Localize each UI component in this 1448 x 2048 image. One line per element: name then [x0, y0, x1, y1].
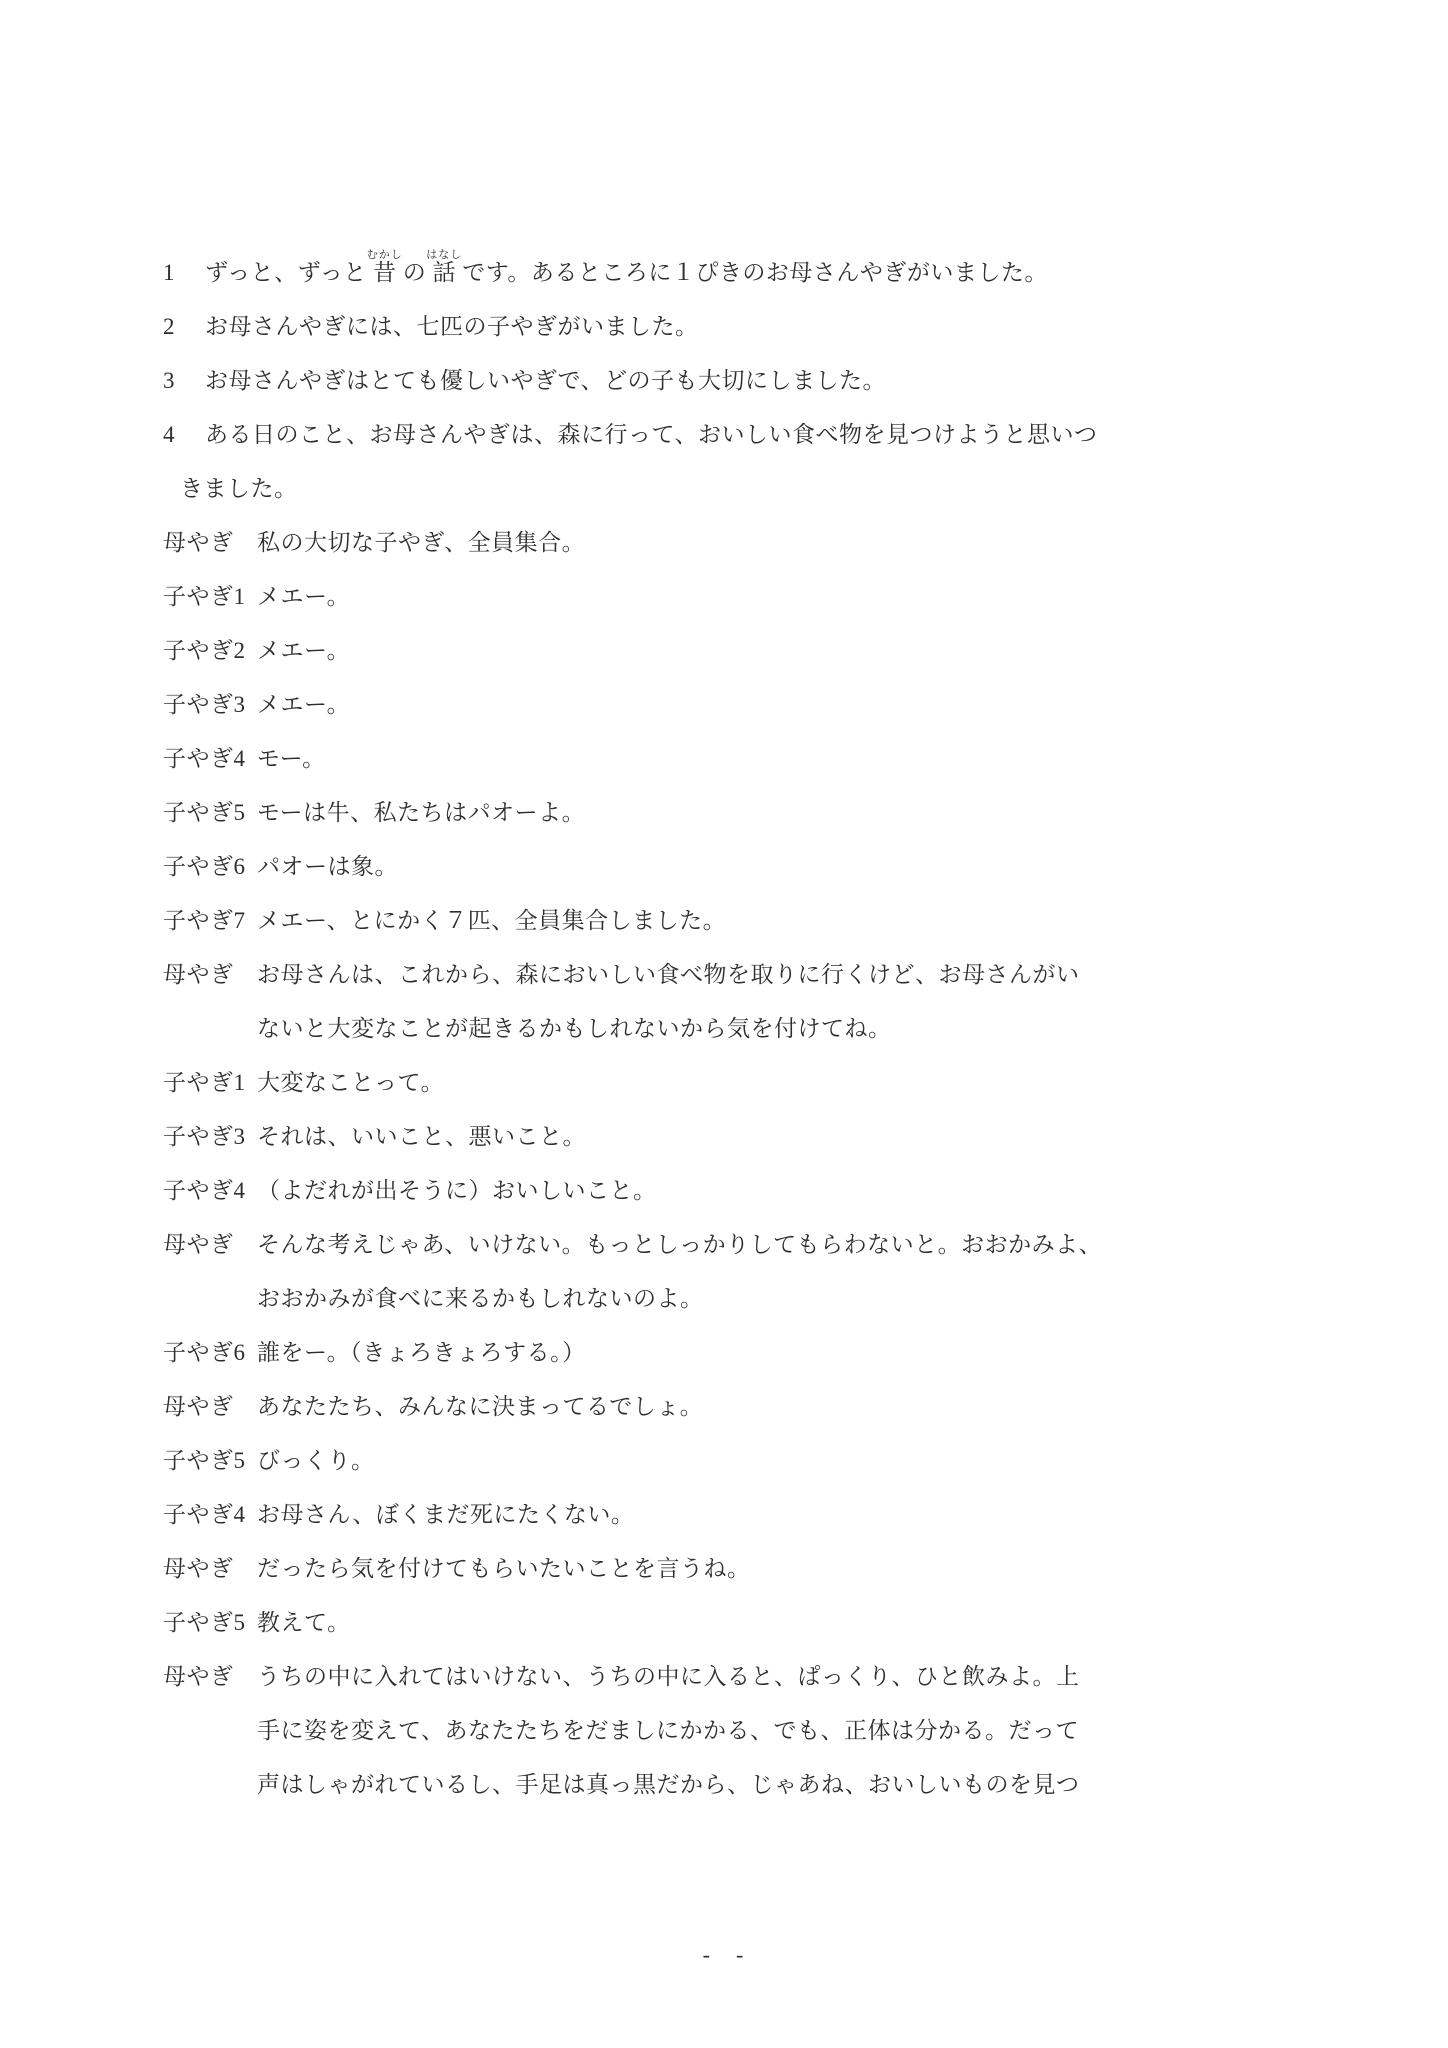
furigana: はなし	[426, 249, 462, 261]
speaker-label: 子やぎ5	[163, 1596, 257, 1650]
dialogue-line: うちの中に入れてはいけない、うちの中に入ると、ぱっくり、ひと飲みよ。上	[257, 1650, 1313, 1704]
dialogue-line: パオーは象。	[257, 840, 1313, 894]
dialogue-line: そんな考えじゃあ、いけない。もっとしっかりしてもらわないと。おおかみよ、	[257, 1218, 1313, 1272]
ruby-word: 話はなし	[431, 260, 457, 285]
dialogue-line: びっくり。	[257, 1434, 1313, 1488]
speaker-label: 母やぎ	[163, 1542, 257, 1596]
dialogue-row: 母やぎ だったら気を付けてもらいたいことを言うね。	[163, 1542, 1313, 1596]
dialogue-line: 誰をー。（きょろきょろする。）	[257, 1326, 1313, 1380]
dialogue-row: 子やぎ5 モーは牛、私たちはパオーよ。	[163, 786, 1313, 840]
ruby-word: 昔むかし	[372, 260, 398, 285]
speaker-label: 子やぎ3	[163, 1110, 257, 1164]
dialogue-line: メエー、とにかく７匹、全員集合しました。	[257, 894, 1313, 948]
dialogue-line: 大変なことって。	[257, 1056, 1313, 1110]
dialogue-line: モー。	[257, 732, 1313, 786]
narration-segment: の	[403, 260, 427, 285]
dialogue-line: おおかみが食べに来るかもしれないのよ。	[257, 1272, 1313, 1326]
dialogue-row: 子やぎ2 メエー。	[163, 624, 1313, 678]
speaker-label: 母やぎ	[163, 1218, 257, 1272]
speaker-label: 子やぎ6	[163, 1326, 257, 1380]
dialogue-row: 子やぎ3 それは、いいこと、悪いこと。	[163, 1110, 1313, 1164]
dialogue-row: 子やぎ5 教えて。	[163, 1596, 1313, 1650]
ruby-base: 昔	[367, 260, 403, 285]
dialogue-row: 子やぎ4 お母さん、ぼくまだ死にたくない。	[163, 1488, 1313, 1542]
speaker-label: 母やぎ	[163, 948, 257, 1002]
dialogue-row: 母やぎ 私の大切な子やぎ、全員集合。	[163, 516, 1313, 570]
narration-text: お母さんやぎには、七匹の子やぎがいました。	[205, 300, 1313, 354]
dialogue-row: 子やぎ7 メエー、とにかく７匹、全員集合しました。	[163, 894, 1313, 948]
speaker-label: 子やぎ2	[163, 624, 257, 678]
narration-text: ある日のこと、お母さんやぎは、森に行って、おいしい食べ物を見つけようと思いつ き…	[205, 408, 1313, 516]
dialogue-line: モーは牛、私たちはパオーよ。	[257, 786, 1313, 840]
narration-item-4: 4 ある日のこと、お母さんやぎは、森に行って、おいしい食べ物を見つけようと思いつ…	[163, 408, 1313, 516]
narration-line: お母さんやぎには、七匹の子やぎがいました。	[205, 300, 1313, 354]
script-page: 1 ずっと、ずっと昔むかしの話はなしです。あるところに１ぴきのお母さんやぎがいま…	[0, 0, 1448, 2048]
dialogue-row: 子やぎ3 メエー。	[163, 678, 1313, 732]
narration-number: 2	[163, 300, 205, 354]
dialogue-row: 子やぎ1 大変なことって。	[163, 1056, 1313, 1110]
narration-segment: ずっと、ずっと	[205, 260, 367, 285]
dialogue-line: お母さんは、これから、森においしい食べ物を取りに行くけど、お母さんがい	[257, 948, 1313, 1002]
dialogue-line: あなたたち、みんなに決まってるでしょ。	[257, 1380, 1313, 1434]
speaker-label: 子やぎ4	[163, 732, 257, 786]
dialogue-row: 母やぎ うちの中に入れてはいけない、うちの中に入ると、ぱっくり、ひと飲みよ。上 …	[163, 1650, 1313, 1812]
narration-number: 3	[163, 354, 205, 408]
narration-item-2: 2 お母さんやぎには、七匹の子やぎがいました。	[163, 300, 1313, 354]
dialogue-row: 母やぎ あなたたち、みんなに決まってるでしょ。	[163, 1380, 1313, 1434]
speaker-label: 子やぎ4	[163, 1488, 257, 1542]
narration-line: ある日のこと、お母さんやぎは、森に行って、おいしい食べ物を見つけようと思いつ	[205, 408, 1313, 462]
dialogue-row: 子やぎ6 誰をー。（きょろきょろする。）	[163, 1326, 1313, 1380]
dialogue-line: ないと大変なことが起きるかもしれないから気を付けてね。	[257, 1002, 1313, 1056]
dialogue-line: メエー。	[257, 678, 1313, 732]
speaker-label: 子やぎ1	[163, 570, 257, 624]
dialogue-line: 私の大切な子やぎ、全員集合。	[257, 516, 1313, 570]
dialogue-line: だったら気を付けてもらいたいことを言うね。	[257, 1542, 1313, 1596]
dialogue-row: 子やぎ4 （よだれが出そうに）おいしいこと。	[163, 1164, 1313, 1218]
page-number-placeholder: - -	[0, 1938, 1448, 1969]
narration-number: 4	[163, 408, 205, 462]
speaker-label: 子やぎ3	[163, 678, 257, 732]
furigana: むかし	[367, 249, 403, 261]
dialogue-row: 子やぎ6 パオーは象。	[163, 840, 1313, 894]
narration-line-continuation: きました。	[180, 462, 1313, 516]
narration-number: 1	[163, 246, 205, 300]
dialogue-line: メエー。	[257, 570, 1313, 624]
ruby-base: 話	[426, 260, 462, 285]
narration-text: お母さんやぎはとても優しいやぎで、どの子も大切にしました。	[205, 354, 1313, 408]
narration-line: お母さんやぎはとても優しいやぎで、どの子も大切にしました。	[205, 354, 1313, 408]
speaker-label: 子やぎ5	[163, 1434, 257, 1488]
speaker-label: 子やぎ6	[163, 840, 257, 894]
dialogue-line: 声はしゃがれているし、手足は真っ黒だから、じゃあね、おいしいものを見つ	[257, 1758, 1313, 1812]
narration-text: ずっと、ずっと昔むかしの話はなしです。あるところに１ぴきのお母さんやぎがいました…	[205, 246, 1313, 300]
dialogue-row: 子やぎ1 メエー。	[163, 570, 1313, 624]
dialogue-line: メエー。	[257, 624, 1313, 678]
speaker-label: 子やぎ7	[163, 894, 257, 948]
dialogue-row: 母やぎ そんな考えじゃあ、いけない。もっとしっかりしてもらわないと。おおかみよ、…	[163, 1218, 1313, 1326]
dialogue-line: （よだれが出そうに）おいしいこと。	[257, 1164, 1313, 1218]
speaker-label: 母やぎ	[163, 1650, 257, 1704]
narration-item-1: 1 ずっと、ずっと昔むかしの話はなしです。あるところに１ぴきのお母さんやぎがいま…	[163, 246, 1313, 300]
speaker-label: 子やぎ5	[163, 786, 257, 840]
dialogue-line: それは、いいこと、悪いこと。	[257, 1110, 1313, 1164]
dialogue-line: 教えて。	[257, 1596, 1313, 1650]
dialogue-line: 手に姿を変えて、あなたたちをだましにかかる、でも、正体は分かる。だって	[257, 1704, 1313, 1758]
script-body: 1 ずっと、ずっと昔むかしの話はなしです。あるところに１ぴきのお母さんやぎがいま…	[163, 246, 1313, 1812]
speaker-label: 子やぎ4	[163, 1164, 257, 1218]
speaker-label: 子やぎ1	[163, 1056, 257, 1110]
dialogue-row: 子やぎ4 モー。	[163, 732, 1313, 786]
dialogue-row: 子やぎ5 びっくり。	[163, 1434, 1313, 1488]
dialogue-line: お母さん、ぼくまだ死にたくない。	[257, 1488, 1313, 1542]
speaker-label: 母やぎ	[163, 516, 257, 570]
narration-segment: です。あるところに１ぴきのお母さんやぎがいました。	[462, 260, 1048, 285]
dialogue-row: 母やぎ お母さんは、これから、森においしい食べ物を取りに行くけど、お母さんがい …	[163, 948, 1313, 1056]
narration-line: ずっと、ずっと昔むかしの話はなしです。あるところに１ぴきのお母さんやぎがいました…	[205, 246, 1313, 300]
narration-item-3: 3 お母さんやぎはとても優しいやぎで、どの子も大切にしました。	[163, 354, 1313, 408]
speaker-label: 母やぎ	[163, 1380, 257, 1434]
